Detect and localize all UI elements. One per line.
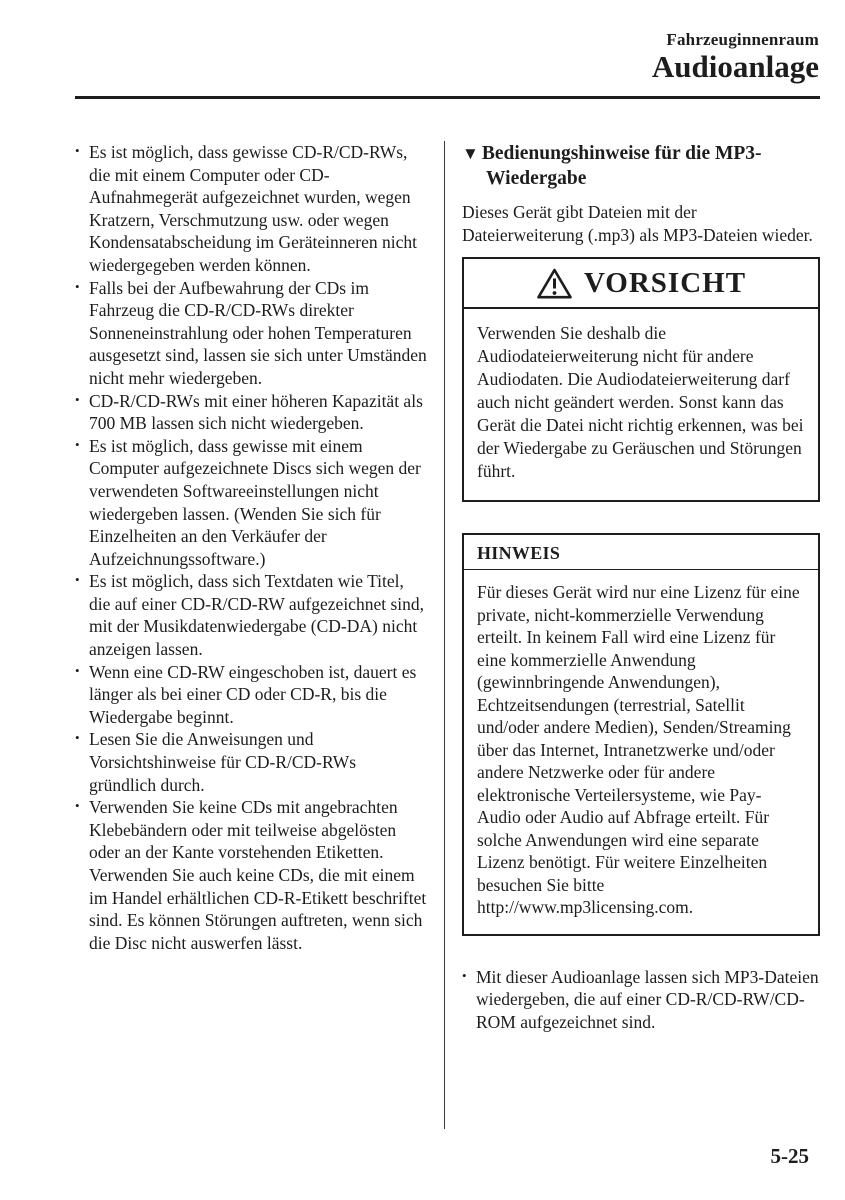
bullet-icon: • — [75, 569, 80, 592]
list-item-text: Mit dieser Audioanlage lassen sich MP3-D… — [476, 967, 819, 1032]
bullet-icon: • — [75, 434, 80, 457]
caution-title: VORSICHT — [584, 267, 746, 300]
page-footer: 5-25 — [771, 1144, 810, 1169]
list-item: •Es ist möglich, dass gewisse CD-R/CD-RW… — [75, 141, 427, 277]
section-heading: ▼Bedienungshinweise für die MP3-Wiederga… — [462, 141, 820, 191]
note-box: HINWEIS Für dieses Gerät wird nur eine L… — [462, 533, 820, 936]
warning-triangle-icon — [536, 267, 573, 300]
list-item-text: Wenn eine CD-RW eingeschoben ist, dauert… — [89, 662, 416, 727]
bullet-icon: • — [462, 965, 467, 988]
list-item-text: Es ist möglich, dass gewisse CD-R/CD-RWs… — [89, 142, 417, 275]
list-item-text: Lesen Sie die Anweisungen und Vorsichtsh… — [89, 729, 356, 794]
bullet-icon: • — [75, 140, 80, 163]
content-columns: •Es ist möglich, dass gewisse CD-R/CD-RW… — [75, 141, 820, 1129]
bullet-icon: • — [75, 389, 80, 412]
mp3-notes-list: •Mit dieser Audioanlage lassen sich MP3-… — [462, 966, 820, 1034]
list-item: •Lesen Sie die Anweisungen und Vorsichts… — [75, 728, 427, 796]
list-item-text: CD-R/CD-RWs mit einer höheren Kapazität … — [89, 391, 423, 434]
page-header: Fahrzeuginnenraum Audioanlage — [652, 30, 819, 85]
left-column: •Es ist möglich, dass gewisse CD-R/CD-RW… — [75, 141, 427, 954]
header-chapter: Fahrzeuginnenraum — [652, 30, 819, 50]
section-heading-text: Bedienungshinweise für die MP3-Wiedergab… — [482, 143, 762, 189]
bullet-icon: • — [75, 276, 80, 299]
bullet-icon: • — [75, 727, 80, 750]
caution-body: Verwenden Sie deshalb die Audiodateierwe… — [464, 309, 818, 500]
section-marker-icon: ▼ — [462, 144, 479, 163]
list-item: •Verwenden Sie keine CDs mit angebrachte… — [75, 796, 427, 954]
cd-notes-list: •Es ist möglich, dass gewisse CD-R/CD-RW… — [75, 141, 427, 954]
right-column: ▼Bedienungshinweise für die MP3-Wiederga… — [445, 141, 820, 1033]
bullet-icon: • — [75, 660, 80, 683]
list-item-text: Es ist möglich, dass gewisse mit einem C… — [89, 436, 421, 569]
header-rule — [75, 96, 820, 99]
list-item: •Falls bei der Aufbewahrung der CDs im F… — [75, 277, 427, 390]
list-item-text: Verwenden Sie keine CDs mit angebrachten… — [89, 797, 426, 953]
caution-box: VORSICHT Verwenden Sie deshalb die Audio… — [462, 257, 820, 502]
bullet-icon: • — [75, 795, 80, 818]
caution-header: VORSICHT — [464, 259, 818, 309]
page-title: Audioanlage — [652, 50, 819, 85]
list-item: •Wenn eine CD-RW eingeschoben ist, dauer… — [75, 661, 427, 729]
note-body: Für dieses Gerät wird nur eine Lizenz fü… — [464, 570, 818, 934]
list-item-text: Falls bei der Aufbewahrung der CDs im Fa… — [89, 278, 427, 388]
list-item-text: Es ist möglich, dass sich Textdaten wie … — [89, 571, 424, 659]
intro-paragraph: Dieses Gerät gibt Dateien mit der Dateie… — [462, 201, 820, 246]
list-item: •CD-R/CD-RWs mit einer höheren Kapazität… — [75, 390, 427, 435]
list-item: •Mit dieser Audioanlage lassen sich MP3-… — [462, 966, 820, 1034]
list-item: •Es ist möglich, dass sich Textdaten wie… — [75, 570, 427, 660]
list-item: •Es ist möglich, dass gewisse mit einem … — [75, 435, 427, 571]
note-title: HINWEIS — [464, 535, 818, 570]
page-number: 5-25 — [771, 1144, 810, 1168]
manual-page: Fahrzeuginnenraum Audioanlage •Es ist mö… — [0, 0, 845, 1200]
